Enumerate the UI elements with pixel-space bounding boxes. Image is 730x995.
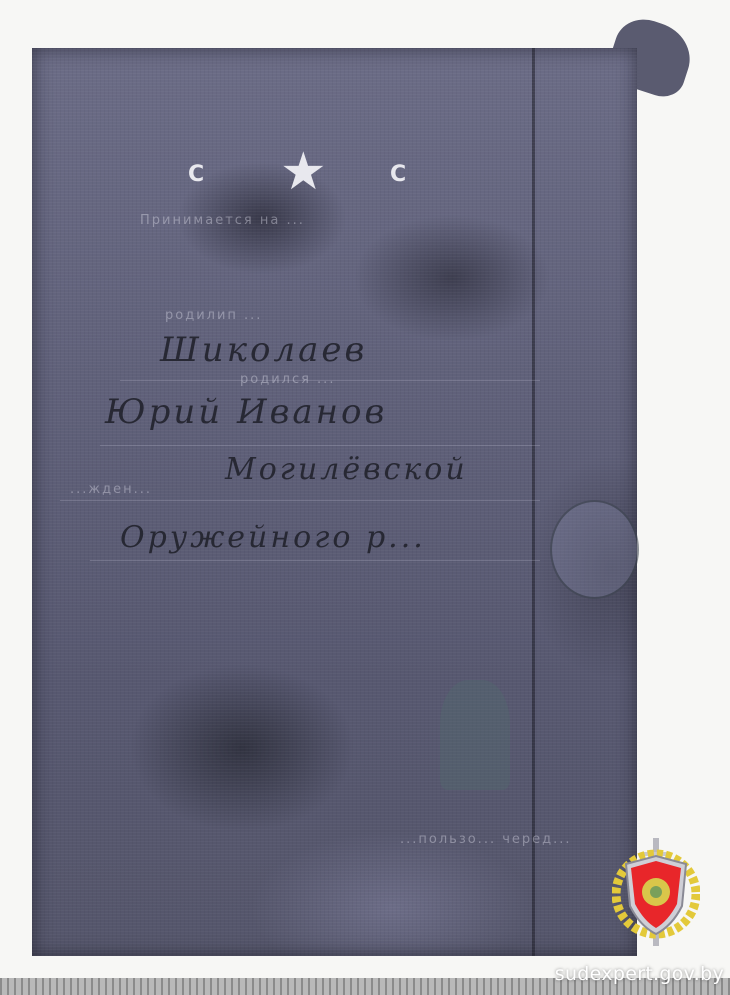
handwritten-region: Могилёвской xyxy=(225,452,468,487)
header-letter-right: С xyxy=(390,162,406,187)
star-emblem-icon: ★ xyxy=(280,146,327,198)
fold-line xyxy=(532,48,535,956)
handwritten-place: Оружейного р... xyxy=(120,520,426,555)
printed-line: Принимается на ... xyxy=(140,213,305,228)
photo-stamp xyxy=(440,680,510,790)
rule-line xyxy=(120,380,540,381)
header-letter-left: С xyxy=(188,162,204,187)
printed-line: родилип ... xyxy=(165,308,262,323)
handwritten-name: Юрий Иванов xyxy=(105,392,387,432)
rule-line xyxy=(60,500,540,501)
watermark-text: sudexpert.gov.by xyxy=(555,963,724,985)
rule-line xyxy=(90,560,540,561)
document-header: С ★ С xyxy=(180,150,440,200)
handwritten-surname: Шиколаев xyxy=(160,330,367,370)
rule-line xyxy=(100,445,540,446)
printed-line: ...пользо... черед... xyxy=(400,832,572,847)
round-stamp xyxy=(550,500,639,599)
forensic-expert-shield-logo xyxy=(612,838,700,948)
printed-line: ...жден... xyxy=(70,482,152,497)
